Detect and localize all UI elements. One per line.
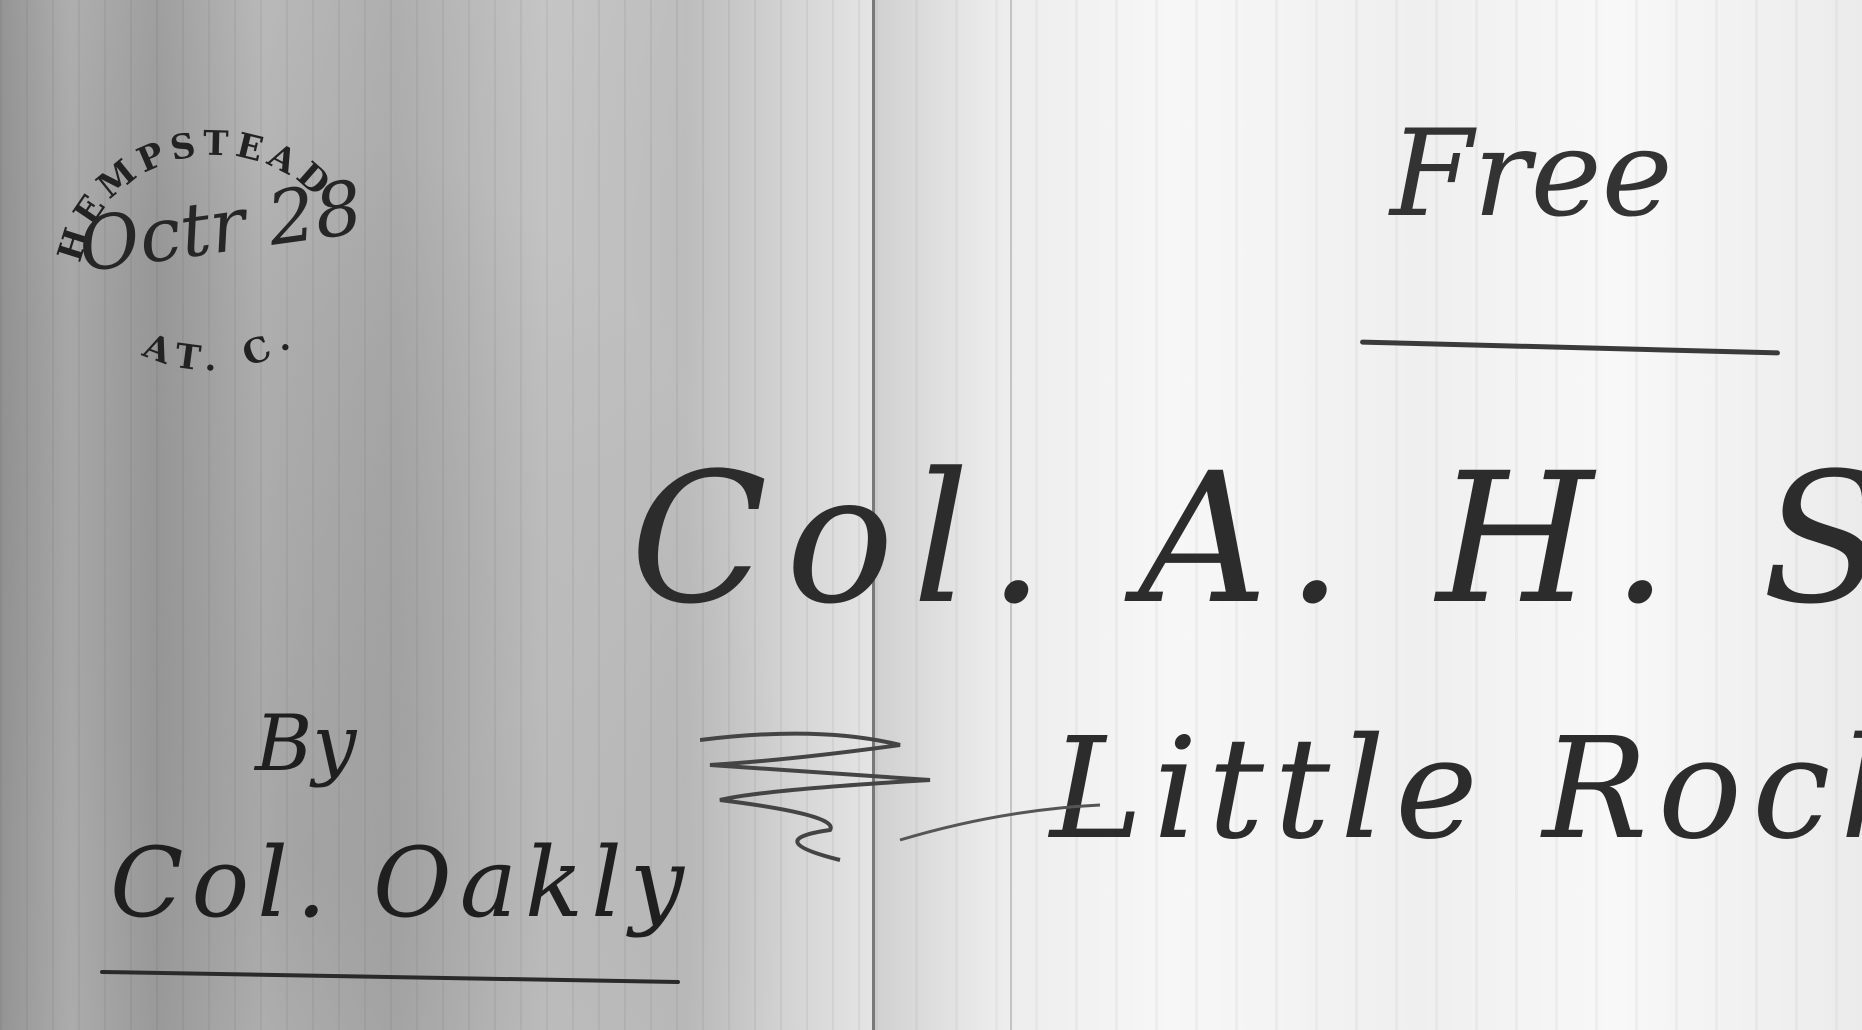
address-city: Little Rock [1050, 720, 1862, 860]
carrier-name: Col. Oakly [110, 835, 692, 931]
free-frank-marking: Free [1390, 115, 1673, 235]
pen-flourish [700, 720, 1120, 900]
addressee-name: Col. A. H. Sevier [630, 450, 1862, 630]
letter-cover: HEMPSTEAD AT. C.H. Octr 28 Free Col. A. … [0, 0, 1862, 1030]
flourish-stroke-icon [700, 720, 1120, 900]
carrier-by-label: By [255, 705, 356, 783]
